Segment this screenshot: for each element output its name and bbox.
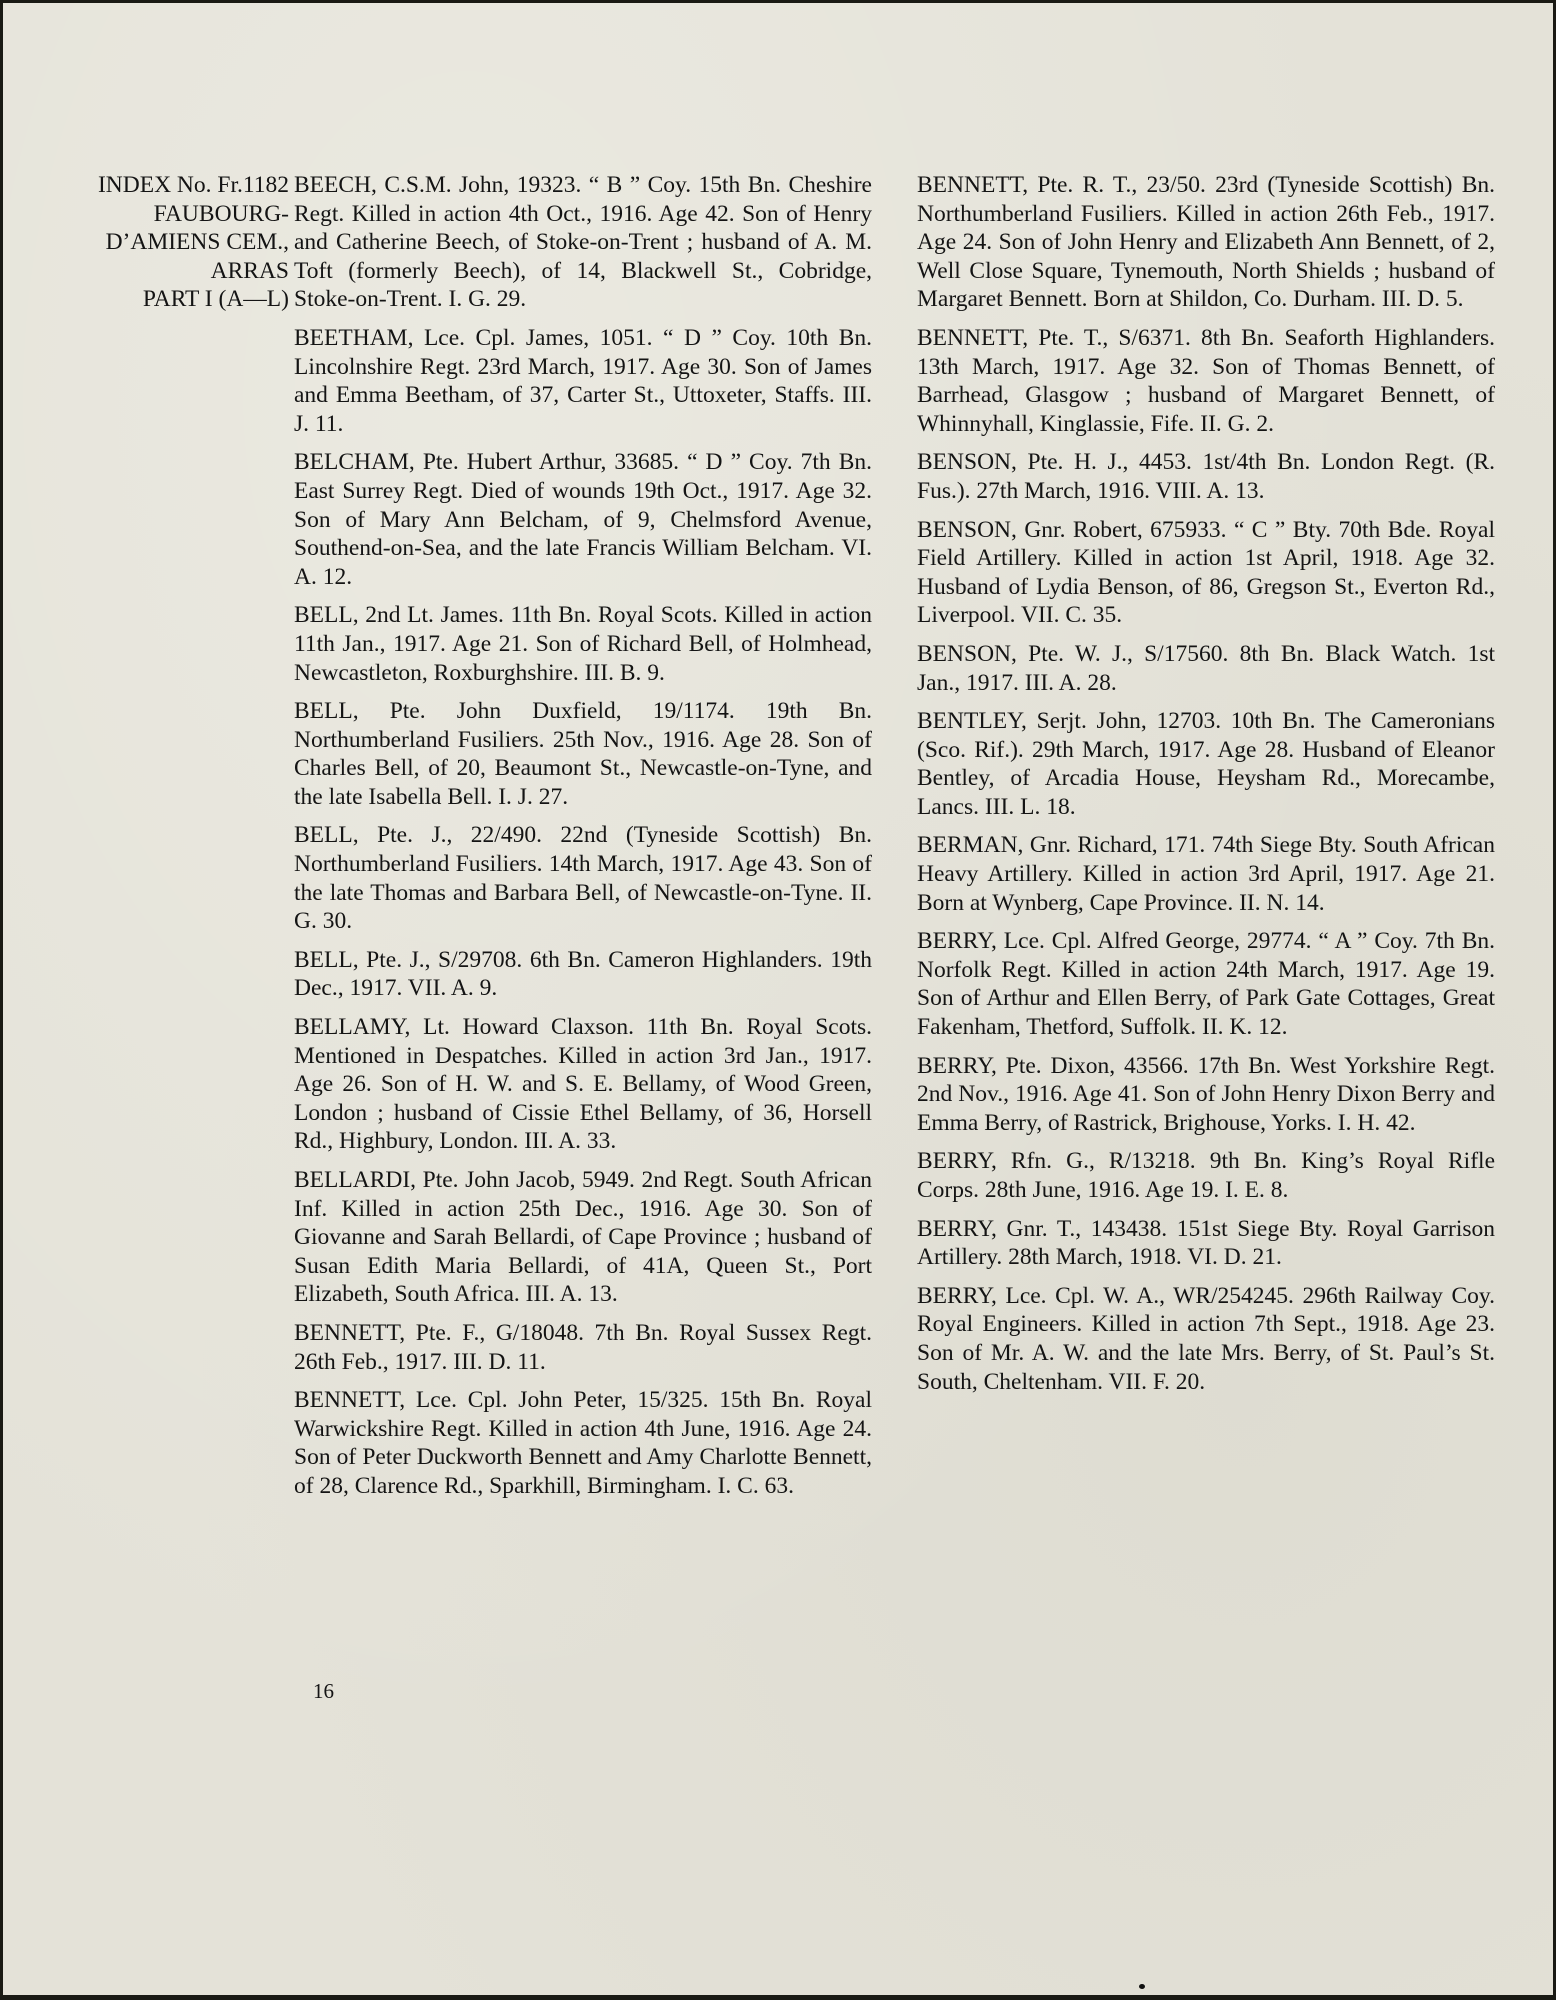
register-entry: BERRY, Gnr. T., 143438. 151st Siege Bty.… [917, 1215, 1495, 1272]
index-number: INDEX No. Fr.1182 [23, 171, 289, 200]
part-label: PART I (A—L) [23, 285, 289, 314]
register-entry: BELLAMY, Lt. Howard Claxson. 11th Bn. Ro… [294, 1013, 872, 1156]
index-heading: INDEX No. Fr.1182 FAUBOURG- D’AMIENS CEM… [23, 171, 289, 314]
right-column: BENNETT, Pte. R. T., 23/50. 23rd (Tynesi… [917, 171, 1495, 1406]
register-entry: BELL, Pte. John Duxfield, 19/1174. 19th … [294, 697, 872, 811]
register-entry: BERRY, Rfn. G., R/13218. 9th Bn. King’s … [917, 1147, 1495, 1204]
register-entry: BENSON, Pte. H. J., 4453. 1st/4th Bn. Lo… [917, 448, 1495, 505]
register-entry: BERRY, Lce. Cpl. W. A., WR/254245. 296th… [917, 1282, 1495, 1396]
cemetery-location: ARRAS [23, 257, 289, 286]
left-column: BEECH, C.S.M. John, 19323. “ B ” Coy. 15… [294, 171, 872, 1511]
register-entry: BENTLEY, Serjt. John, 12703. 10th Bn. Th… [917, 707, 1495, 821]
register-entry: BENSON, Pte. W. J., S/17560. 8th Bn. Bla… [917, 640, 1495, 697]
register-entry: BEECH, C.S.M. John, 19323. “ B ” Coy. 15… [294, 171, 872, 314]
register-entry: BENSON, Gnr. Robert, 675933. “ C ” Bty. … [917, 516, 1495, 630]
register-entry: BELL, Pte. J., 22/490. 22nd (Tyneside Sc… [294, 821, 872, 935]
cemetery-name-line1: FAUBOURG- [23, 200, 289, 229]
register-entry: BEETHAM, Lce. Cpl. James, 1051. “ D ” Co… [294, 324, 872, 438]
register-entry: BENNETT, Pte. R. T., 23/50. 23rd (Tynesi… [917, 171, 1495, 314]
register-entry: BELLARDI, Pte. John Jacob, 5949. 2nd Reg… [294, 1166, 872, 1309]
register-entry: BERMAN, Gnr. Richard, 171. 74th Siege Bt… [917, 831, 1495, 917]
page-number: 16 [313, 1679, 334, 1704]
ink-speck [1139, 1984, 1145, 1989]
register-entry: BERRY, Pte. Dixon, 43566. 17th Bn. West … [917, 1052, 1495, 1138]
register-entry: BELL, Pte. J., S/29708. 6th Bn. Cameron … [294, 946, 872, 1003]
register-entry: BERRY, Lce. Cpl. Alfred George, 29774. “… [917, 927, 1495, 1041]
register-entry: BENNETT, Pte. T., S/6371. 8th Bn. Seafor… [917, 324, 1495, 438]
register-entry: BELCHAM, Pte. Hubert Arthur, 33685. “ D … [294, 448, 872, 591]
register-entry: BELL, 2nd Lt. James. 11th Bn. Royal Scot… [294, 601, 872, 687]
document-page: INDEX No. Fr.1182 FAUBOURG- D’AMIENS CEM… [3, 3, 1553, 1995]
register-entry: BENNETT, Pte. F., G/18048. 7th Bn. Royal… [294, 1319, 872, 1376]
register-entry: BENNETT, Lce. Cpl. John Peter, 15/325. 1… [294, 1386, 872, 1500]
cemetery-name-line2: D’AMIENS CEM., [23, 228, 289, 257]
